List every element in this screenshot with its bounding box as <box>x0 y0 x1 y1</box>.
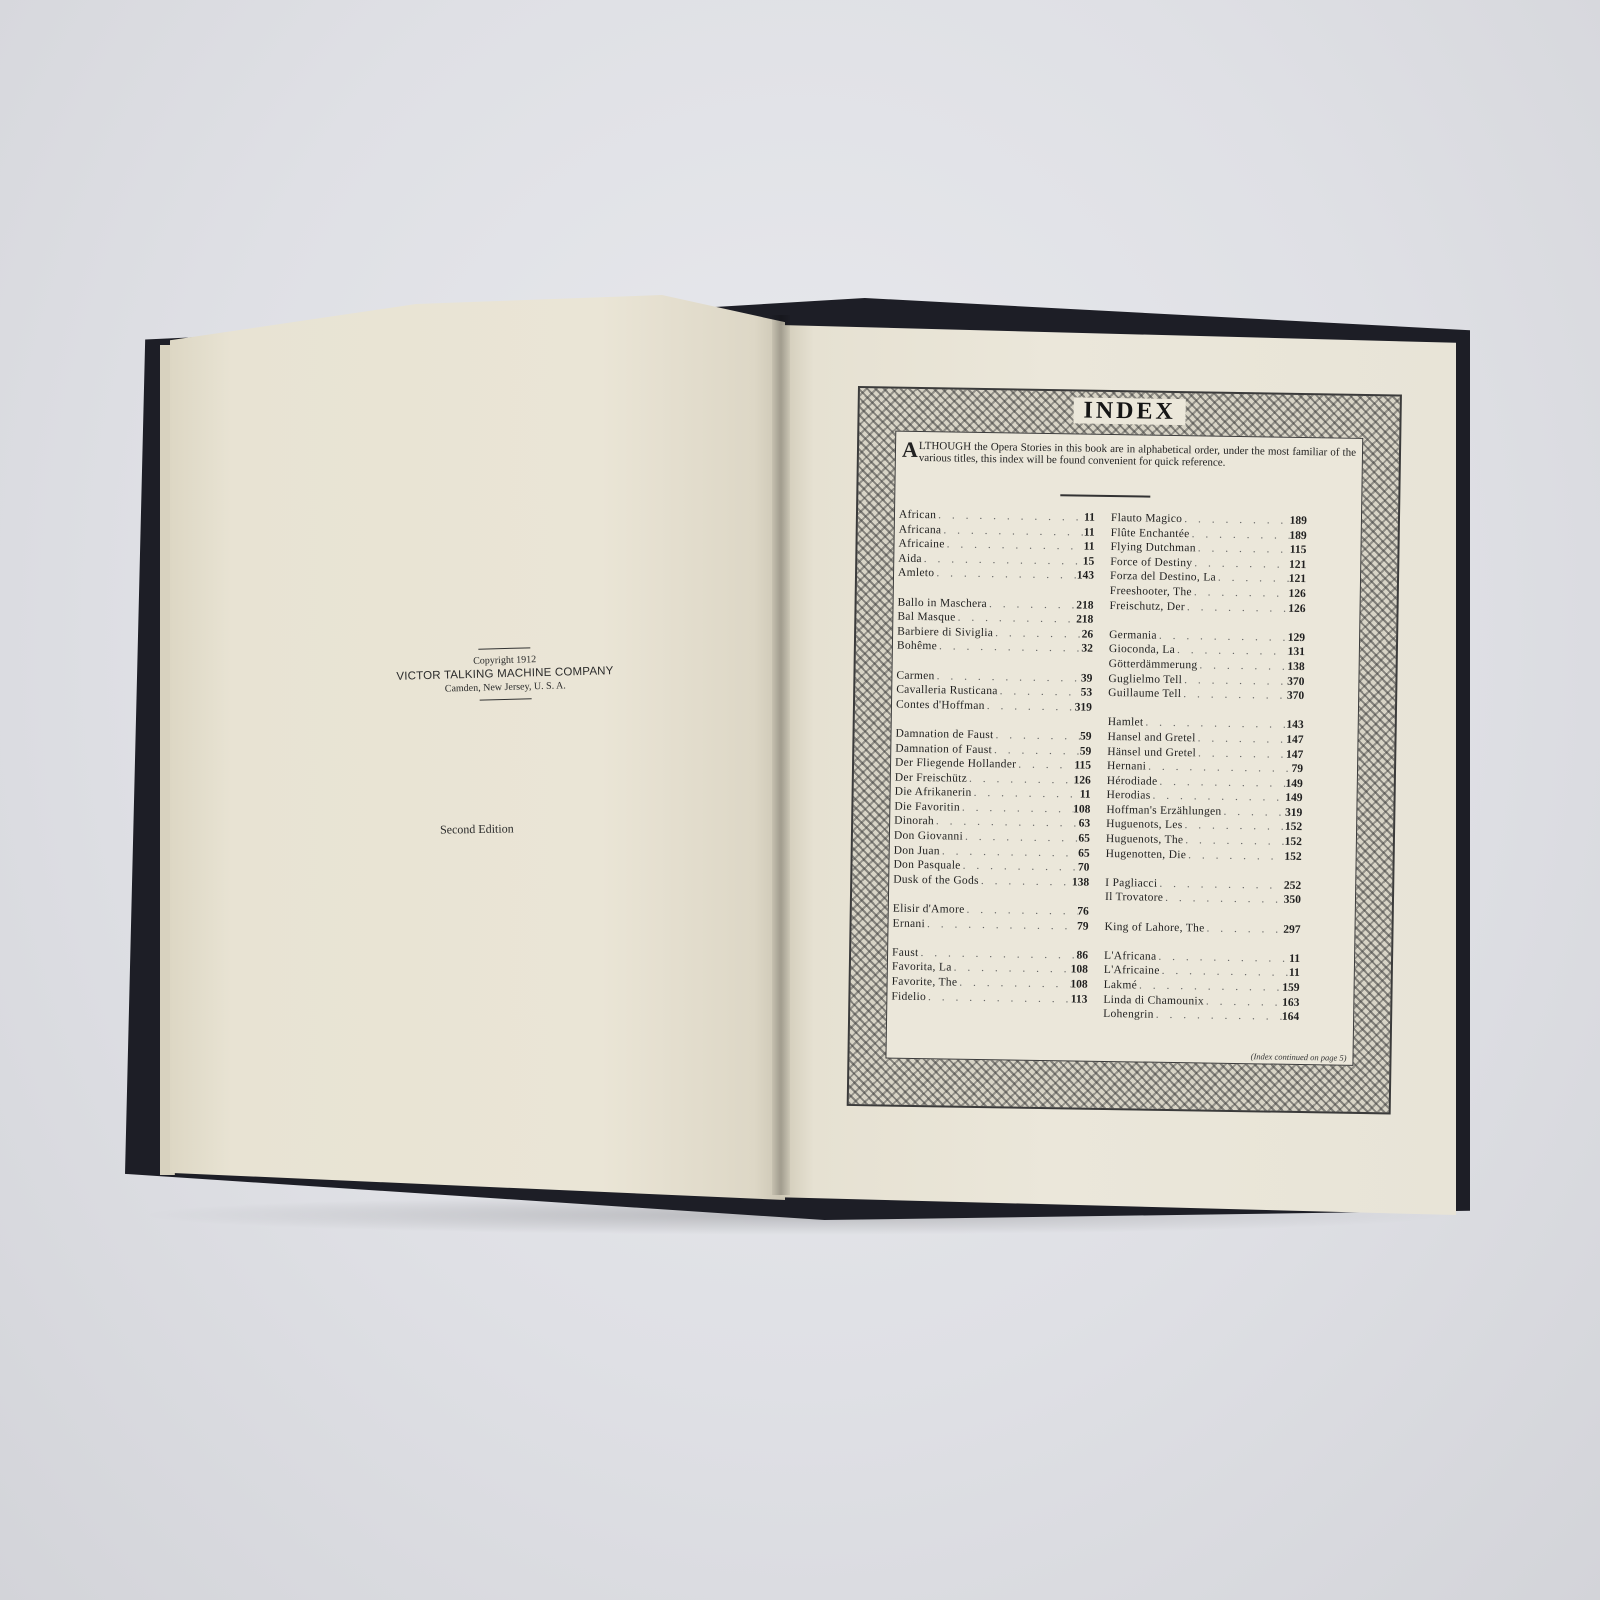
entry-title: Aida <box>898 551 922 566</box>
entry-page-number: 370 <box>1287 674 1304 689</box>
leader-dots <box>925 917 1077 934</box>
leader-dots <box>992 743 1080 759</box>
entry-title: Favorite, The <box>892 975 958 991</box>
leader-dots <box>1192 556 1289 572</box>
leader-dots <box>1196 746 1286 762</box>
entry-page-number: 121 <box>1289 572 1306 587</box>
index-entry: Bohême32 <box>897 639 1093 657</box>
entry-title: Germania <box>1109 628 1157 643</box>
entry-page-number: 147 <box>1286 747 1303 762</box>
entry-page-number: 32 <box>1081 642 1093 657</box>
entry-title: Hérodiade <box>1107 774 1158 789</box>
entry-title: Huguenots, The <box>1106 832 1184 848</box>
divider <box>1060 494 1150 497</box>
entry-page-number: 159 <box>1282 981 1299 996</box>
index-entry: Freischutz, Der126 <box>1109 599 1305 617</box>
entry-page-number: 59 <box>1080 744 1092 759</box>
index-entry: King of Lahore, The297 <box>1104 920 1300 938</box>
entry-page-number: 126 <box>1288 587 1305 602</box>
leader-dots <box>1192 585 1289 601</box>
entry-page-number: 115 <box>1074 759 1091 774</box>
entry-title: Damnation of Faust <box>895 741 992 757</box>
entry-page-number: 53 <box>1081 686 1093 701</box>
continued-note: (Index continued on page 5) <box>1251 1051 1347 1063</box>
leader-dots <box>993 626 1082 642</box>
index-entry: Hugenotten, Die152 <box>1106 847 1302 865</box>
entry-page-number: 129 <box>1288 631 1305 646</box>
book-gutter <box>772 315 790 1195</box>
entry-title: Bal Masque <box>897 610 955 626</box>
entry-page-number: 152 <box>1284 849 1301 864</box>
entry-page-number: 26 <box>1082 627 1094 642</box>
entry-page-number: 11 <box>1289 952 1300 967</box>
entry-page-number: 108 <box>1070 963 1087 978</box>
leader-dots <box>979 874 1072 890</box>
entry-title: Guillaume Tell <box>1108 686 1181 702</box>
leader-dots <box>1181 687 1287 703</box>
leader-dots <box>1016 758 1074 774</box>
entry-page-number: 218 <box>1076 598 1093 613</box>
leader-dots <box>1182 673 1287 689</box>
entry-title: Amleto <box>898 566 935 581</box>
entry-title: King of Lahore, The <box>1104 920 1204 936</box>
entry-title: Dusk of the Gods <box>893 872 979 888</box>
entry-page-number: 79 <box>1077 919 1089 934</box>
leader-dots <box>1204 921 1283 937</box>
entry-page-number: 143 <box>1286 718 1303 733</box>
intro-text: LTHOUGH the Opera Stories in this book a… <box>919 440 1356 469</box>
entry-title: Ballo in Maschera <box>897 595 987 611</box>
index-entry: Amleto143 <box>898 566 1094 584</box>
leader-dots <box>1204 994 1282 1010</box>
entry-page-number: 115 <box>1290 543 1307 558</box>
leader-dots <box>1154 1008 1282 1025</box>
leader-dots <box>1190 527 1290 543</box>
entry-title: Favorita, La <box>892 960 952 976</box>
entry-page-number: 11 <box>1084 525 1095 540</box>
index-title: INDEX <box>859 394 1399 429</box>
entry-page-number: 108 <box>1073 802 1090 817</box>
leader-dots <box>1221 805 1285 821</box>
entry-title: Fidelio <box>891 989 926 1004</box>
entry-title: Hamlet <box>1108 715 1144 730</box>
entry-page-number: 126 <box>1073 773 1090 788</box>
leader-dots <box>967 771 1074 787</box>
leader-dots <box>1216 571 1289 587</box>
entry-title: Barbiere di Siviglia <box>897 624 993 640</box>
entry-title: Götterdämmerung <box>1109 657 1198 673</box>
entry-title: Freeshooter, The <box>1110 584 1192 600</box>
index-entry: Guillaume Tell370 <box>1108 686 1304 704</box>
entry-title: Force of Destiny <box>1110 555 1192 571</box>
entry-title: Carmen <box>896 668 934 683</box>
leader-dots <box>937 640 1082 657</box>
entry-page-number: 189 <box>1290 514 1307 529</box>
entry-page-number: 65 <box>1078 832 1090 847</box>
entry-page-number: 138 <box>1287 660 1304 675</box>
leader-dots <box>998 684 1081 700</box>
entry-title: Linda di Chamounix <box>1103 993 1204 1009</box>
entry-title: Der Freischütz <box>895 770 967 786</box>
entry-page-number: 350 <box>1284 893 1301 908</box>
index-entry: Fidelio113 <box>891 989 1087 1007</box>
entry-page-number: 252 <box>1284 879 1301 894</box>
entry-page-number: 59 <box>1080 729 1092 744</box>
entry-title: Die Favoritin <box>894 799 960 815</box>
entry-page-number: 11 <box>1289 966 1300 981</box>
entry-title: Faust <box>892 945 919 960</box>
entry-page-number: 11 <box>1084 540 1095 555</box>
entry-title: Hänsel und Gretel <box>1107 744 1196 760</box>
entry-title: Flauto Magico <box>1111 511 1183 527</box>
ornamental-border-frame: INDEX ALTHOUGH the Opera Stories in this… <box>847 386 1402 1114</box>
entry-title: Hernani <box>1107 759 1146 774</box>
entry-title: Damnation de Faust <box>895 727 993 743</box>
index-entry: Il Trovatore350 <box>1105 890 1301 908</box>
entry-page-number: 152 <box>1285 820 1302 835</box>
entry-title: Lakmé <box>1104 978 1138 993</box>
entry-page-number: 76 <box>1077 905 1089 920</box>
entry-page-number: 131 <box>1288 645 1305 660</box>
entry-page-number: 15 <box>1083 554 1095 569</box>
entry-title: Contes d'Hoffman <box>896 697 985 713</box>
entry-page-number: 108 <box>1070 977 1087 992</box>
entry-page-number: 189 <box>1289 528 1306 543</box>
leader-dots <box>1196 731 1287 747</box>
divider <box>478 647 530 649</box>
drop-cap: A <box>902 440 918 460</box>
entry-title: Freischutz, Der <box>1109 599 1185 615</box>
index-entry: Ernani79 <box>892 916 1088 934</box>
leader-dots <box>1185 600 1289 616</box>
leader-dots <box>1182 512 1290 528</box>
leader-dots <box>926 990 1071 1007</box>
entry-title: Don Pasquale <box>893 858 960 874</box>
entry-page-number: 319 <box>1285 806 1302 821</box>
index-column-right: Flauto Magico189Flûte Enchantée189Flying… <box>1103 511 1307 1025</box>
entry-title: Lohengrin <box>1103 1007 1154 1022</box>
entry-page-number: 126 <box>1288 601 1305 616</box>
entry-title: Don Juan <box>894 843 940 858</box>
entry-title: Die Afrikanerin <box>895 785 972 801</box>
entry-title: Huguenots, Les <box>1106 817 1183 833</box>
leader-dots <box>1196 542 1290 558</box>
entry-title: Hugenotten, Die <box>1106 847 1187 863</box>
leader-dots <box>1163 891 1284 907</box>
entry-page-number: 79 <box>1291 762 1303 777</box>
entry-page-number: 218 <box>1076 613 1093 628</box>
entry-page-number: 113 <box>1071 992 1088 1007</box>
leader-dots <box>1183 833 1285 849</box>
entry-page-number: 86 <box>1076 948 1088 963</box>
entry-title: I Pagliacci <box>1105 876 1157 891</box>
leader-dots <box>972 786 1080 802</box>
copyright-block: Copyright 1912 VICTOR TALKING MACHINE CO… <box>384 645 625 703</box>
index-entry: Contes d'Hoffman319 <box>896 697 1092 715</box>
leader-dots <box>993 728 1080 744</box>
entry-page-number: 149 <box>1285 776 1302 791</box>
edition-label: Second Edition <box>440 821 514 837</box>
entry-title: Africana <box>899 522 942 537</box>
entry-page-number: 149 <box>1285 791 1302 806</box>
entry-title: Dinorah <box>894 814 934 829</box>
entry-page-number: 163 <box>1282 995 1299 1010</box>
entry-page-number: 297 <box>1283 922 1300 937</box>
entry-title: Africaine <box>898 537 944 552</box>
left-page <box>170 295 785 1200</box>
entry-page-number: 147 <box>1286 733 1303 748</box>
index-entry: Lohengrin164 <box>1103 1007 1299 1025</box>
leader-dots <box>934 567 1077 584</box>
entry-title: Elisir d'Amore <box>893 902 965 918</box>
entry-title: L'Africana <box>1104 949 1157 964</box>
entry-page-number: 70 <box>1078 861 1090 876</box>
entry-page-number: 63 <box>1079 817 1091 832</box>
entry-title: Il Trovatore <box>1105 890 1163 906</box>
leader-dots <box>985 699 1075 715</box>
entry-title: Hansel and Gretel <box>1107 730 1195 746</box>
leader-dots <box>1182 819 1285 835</box>
entry-title: Flûte Enchantée <box>1111 526 1190 542</box>
leader-dots <box>1186 848 1284 864</box>
entry-page-number: 138 <box>1072 875 1089 890</box>
leader-dots <box>1197 658 1287 674</box>
entry-title: Flying Dutchman <box>1110 540 1196 556</box>
entry-page-number: 121 <box>1289 558 1306 573</box>
entry-title: Forza del Destino, La <box>1110 569 1216 585</box>
entry-page-number: 143 <box>1077 569 1094 584</box>
entry-page-number: 39 <box>1081 671 1093 686</box>
entry-page-number: 152 <box>1285 835 1302 850</box>
entry-page-number: 11 <box>1080 788 1091 803</box>
entry-page-number: 11 <box>1084 511 1095 526</box>
entry-title: Bohême <box>897 639 937 654</box>
index-content: ALTHOUGH the Opera Stories in this book … <box>885 431 1363 1066</box>
entry-page-number: 319 <box>1075 700 1092 715</box>
entry-title: L'Africaine <box>1104 963 1160 978</box>
entry-title: Cavalleria Rusticana <box>896 683 998 699</box>
leader-dots <box>987 597 1077 613</box>
entry-title: Guglielmo Tell <box>1108 672 1182 688</box>
entry-page-number: 370 <box>1287 689 1304 704</box>
index-intro: ALTHOUGH the Opera Stories in this book … <box>902 440 1356 471</box>
entry-title: African <box>899 508 936 523</box>
index-entry: Dusk of the Gods138 <box>893 872 1089 890</box>
entry-page-number: 65 <box>1078 846 1090 861</box>
entry-page-number: 164 <box>1282 1010 1299 1025</box>
entry-title: Ernani <box>892 916 925 931</box>
index-column-left: African11Africana11Africaine11Aida15Amle… <box>891 508 1095 1007</box>
entry-title: Gioconda, La <box>1109 642 1175 658</box>
entry-title: Herodias <box>1106 788 1150 803</box>
entry-title: Don Giovanni <box>894 829 963 845</box>
